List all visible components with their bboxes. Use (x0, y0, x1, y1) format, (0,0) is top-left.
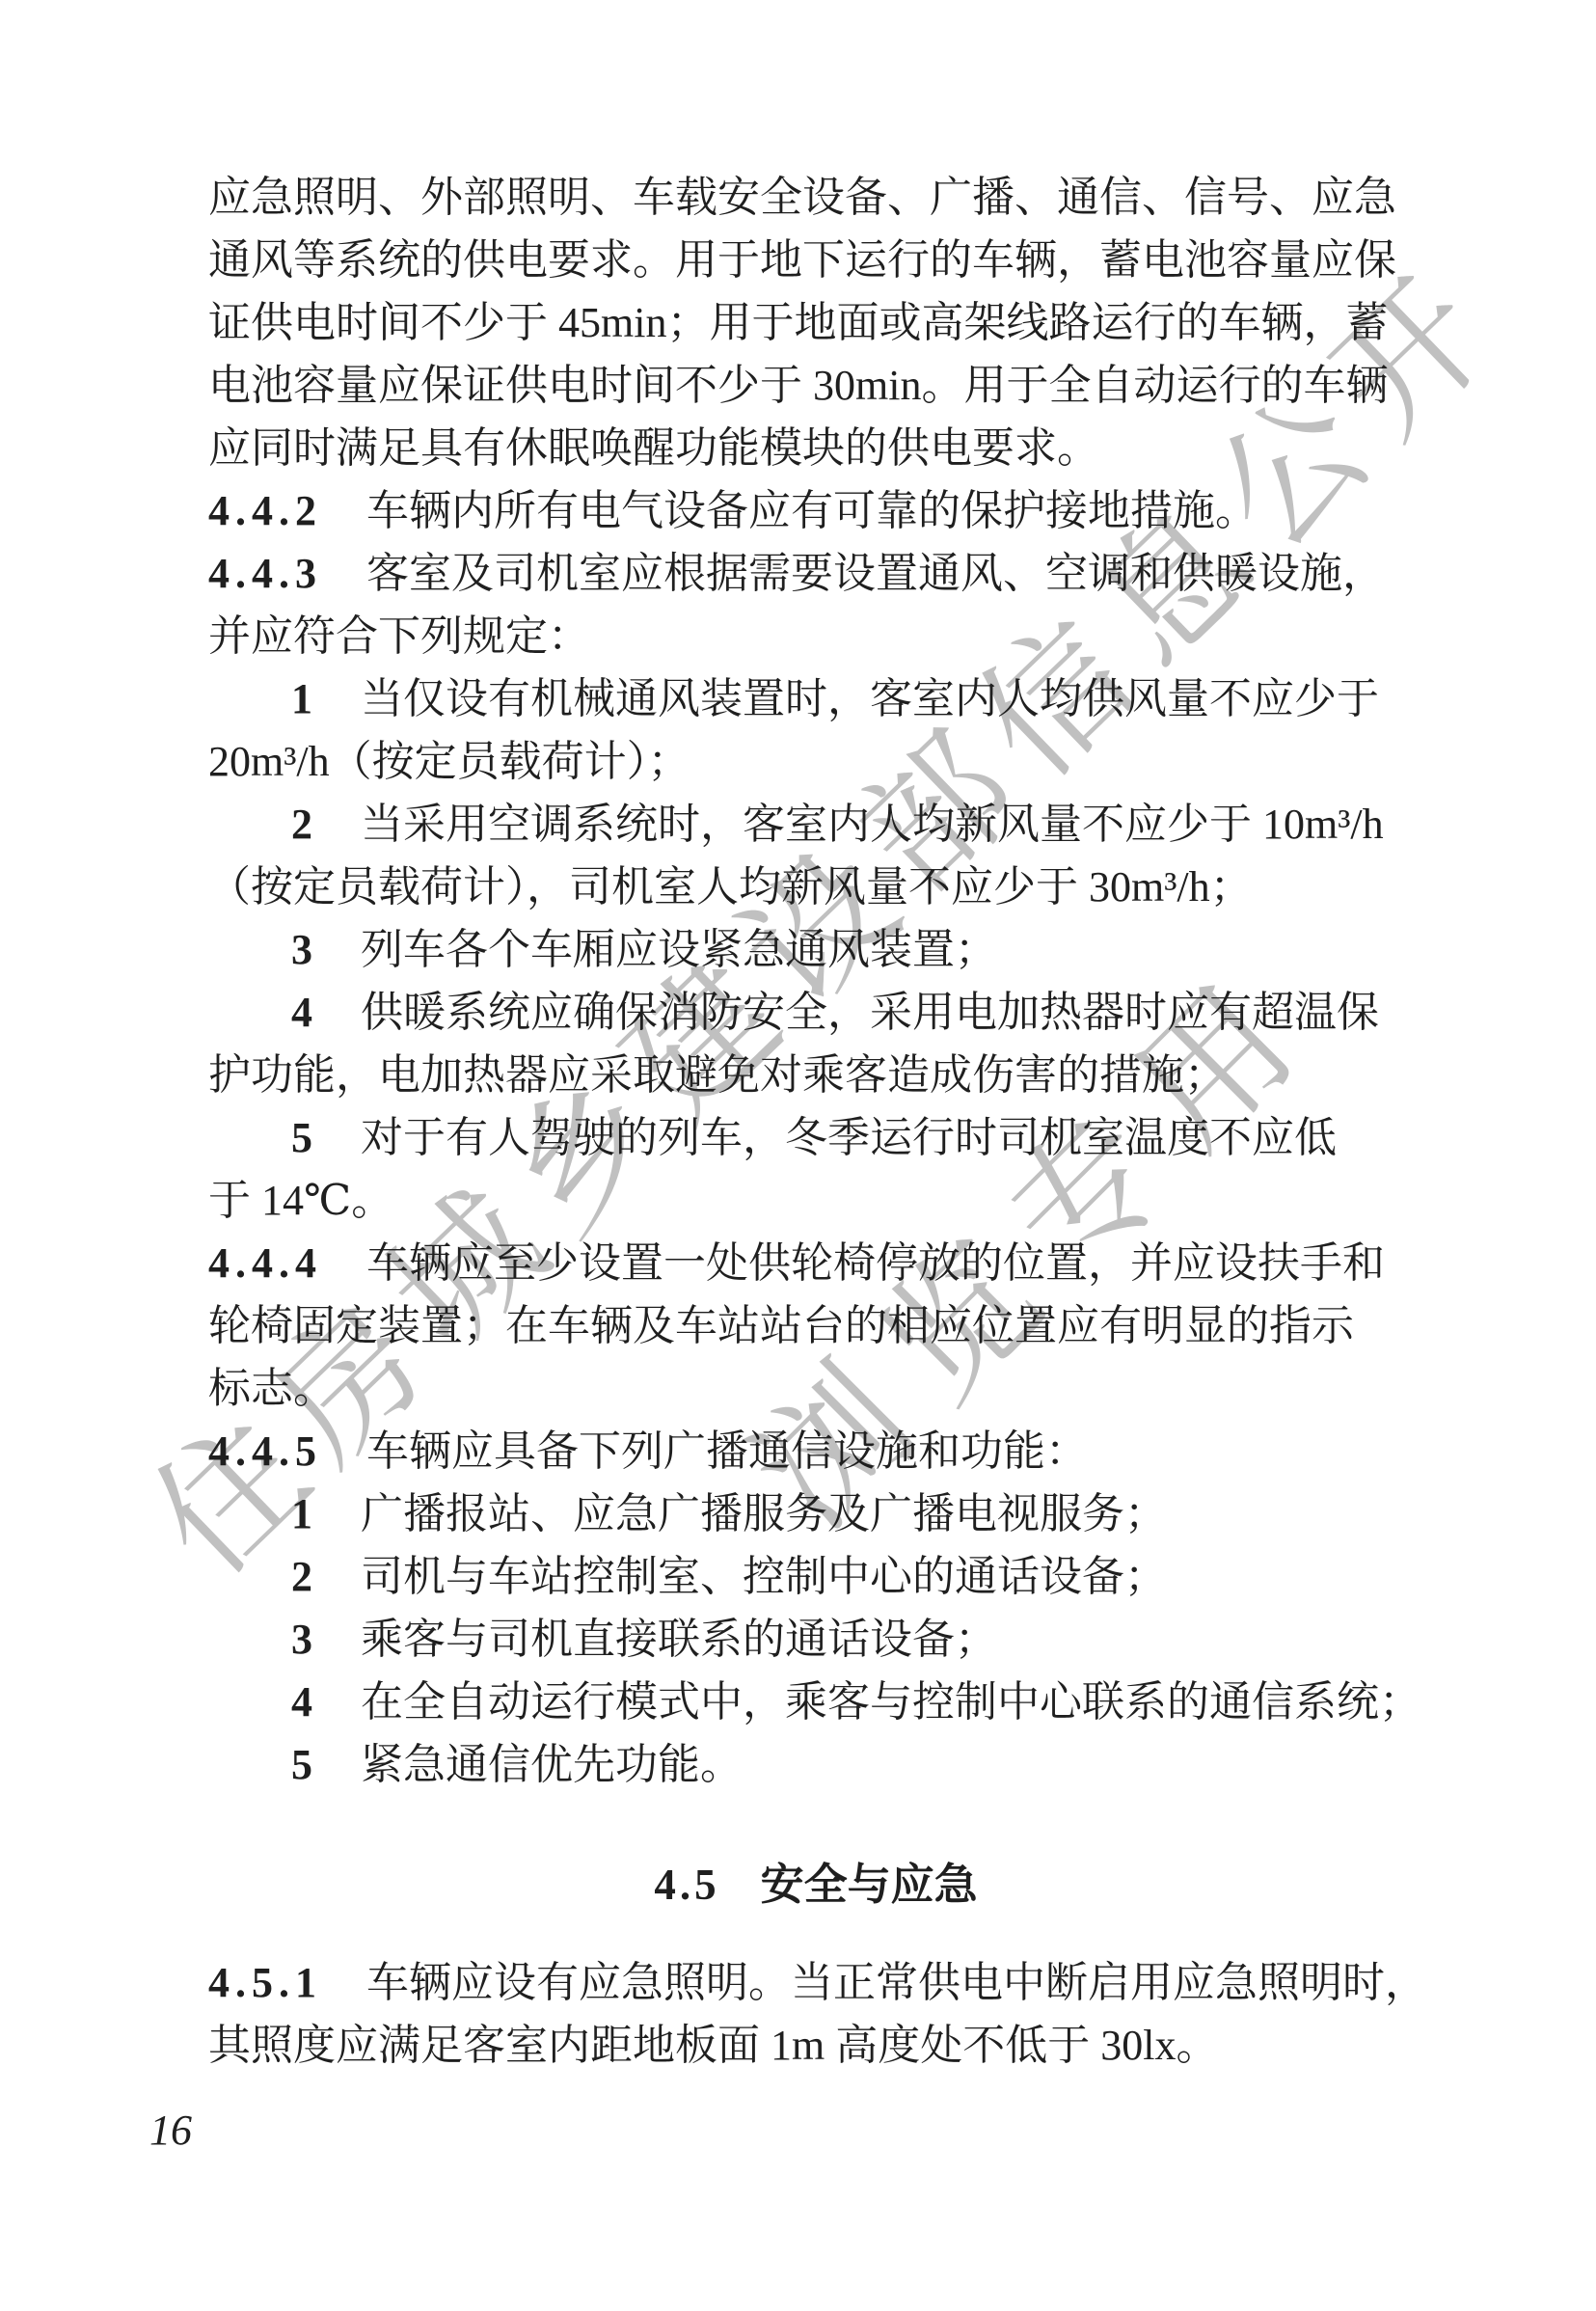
text-line: 1广播报站、应急广播服务及广播电视服务； (208, 1482, 1423, 1545)
clause-line-4.4.5: 4.4.5车辆应具备下列广播通信设施和功能： (208, 1420, 1423, 1482)
text-line: 1当仅设有机械通风装置时，客室内人均供风量不应少于 (208, 667, 1423, 730)
text-line: 3乘客与司机直接联系的通话设备； (208, 1608, 1423, 1671)
text-line: 应急照明、外部照明、车载安全设备、广播、通信、信号、应急 (208, 166, 1423, 229)
line-text: 通风等系统的供电要求。用于地下运行的车辆，蓄电池容量应保 (208, 236, 1396, 284)
clause-line-4.5.1: 4.5.1车辆应设有应急照明。当正常供电中断启用应急照明时， (208, 1951, 1423, 2014)
document-content: 应急照明、外部照明、车载安全设备、广播、通信、信号、应急通风等系统的供电要求。用… (208, 166, 1423, 2077)
line-text: 车辆应设有应急照明。当正常供电中断启用应急照明时， (366, 1959, 1427, 2006)
line-number: 1 (291, 667, 312, 730)
line-number: 5 (291, 1106, 312, 1169)
line-text: 列车各个车厢应设紧急通风装置； (361, 926, 997, 973)
line-text: （按定员载荷计），司机室人均新风量不应少于 30m³/h； (208, 863, 1253, 911)
line-text: 车辆应具备下列广播通信设施和功能： (366, 1427, 1088, 1475)
line-number: 4.4.2 (208, 479, 322, 542)
line-number: 4.4.4 (208, 1232, 322, 1294)
text-line: 护功能，电加热器应采取避免对乘客造成伤害的措施； (208, 1044, 1423, 1106)
line-text: 证供电时间不少于 45min；用于地面或高架线路运行的车辆，蓄 (208, 299, 1388, 346)
line-number: 5 (291, 1733, 312, 1796)
line-text: 车辆应至少设置一处供轮椅停放的位置，并应设扶手和 (366, 1239, 1385, 1287)
text-line: 5紧急通信优先功能。 (208, 1733, 1423, 1796)
line-text: 对于有人驾驶的列车，冬季运行时司机室温度不应低 (361, 1114, 1337, 1161)
text-line: 2当采用空调系统时，客室内人均新风量不应少于 10m³/h (208, 793, 1423, 856)
line-number: 4 (291, 1671, 312, 1733)
line-number: 4.5 (654, 1854, 719, 1917)
text-line: 2司机与车站控制室、控制中心的通话设备； (208, 1545, 1423, 1608)
text-line: 应同时满足具有休眠唤醒功能模块的供电要求。 (208, 417, 1423, 479)
line-text: 电池容量应保证供电时间不少于 30min。用于全自动运行的车辆 (208, 362, 1388, 409)
page-number: 16 (149, 2099, 192, 2161)
line-text: 广播报站、应急广播服务及广播电视服务； (361, 1490, 1167, 1537)
line-number: 4.5.1 (208, 1951, 322, 2014)
line-text: 司机与车站控制室、控制中心的通话设备； (361, 1553, 1167, 1600)
clause-line-4.4.2: 4.4.2车辆内所有电气设备应有可靠的保护接地措施。 (208, 479, 1423, 542)
line-number: 2 (291, 1545, 312, 1608)
text-line: 电池容量应保证供电时间不少于 30min。用于全自动运行的车辆 (208, 354, 1423, 417)
text-line: 于 14℃。 (208, 1169, 1423, 1232)
text-line: 5对于有人驾驶的列车，冬季运行时司机室温度不应低 (208, 1106, 1423, 1169)
line-number: 3 (291, 918, 312, 981)
line-text: 并应符合下列规定： (208, 612, 590, 660)
text-line: 4供暖系统应确保消防安全，采用电加热器时应有超温保 (208, 981, 1423, 1044)
line-text: 车辆内所有电气设备应有可靠的保护接地措施。 (366, 487, 1258, 534)
line-text: 其照度应满足客室内距地板面 1m 高度处不低于 30lx。 (208, 2022, 1218, 2069)
line-text: 标志。 (208, 1365, 336, 1412)
section-heading: 4.5安全与应急 (208, 1854, 1423, 1917)
clause-line-4.4.3: 4.4.3客室及司机室应根据需要设置通风、空调和供暖设施， (208, 542, 1423, 605)
text-line: 4在全自动运行模式中，乘客与控制中心联系的通信系统； (208, 1671, 1423, 1733)
line-text: 应同时满足具有休眠唤醒功能模块的供电要求。 (208, 424, 1099, 472)
document-page: 住房城乡建设部信息公开 浏览专用 应急照明、外部照明、车载安全设备、广播、通信、… (0, 0, 1596, 2311)
line-text: 在全自动运行模式中，乘客与控制中心联系的通信系统； (361, 1678, 1421, 1726)
line-number: 4.4.5 (208, 1420, 322, 1482)
line-number: 2 (291, 793, 312, 856)
text-line: 其照度应满足客室内距地板面 1m 高度处不低于 30lx。 (208, 2014, 1423, 2077)
line-text: 当仅设有机械通风装置时，客室内人均供风量不应少于 (361, 675, 1379, 722)
line-text: 安全与应急 (761, 1861, 978, 1909)
line-text: 当采用空调系统时，客室内人均新风量不应少于 10m³/h (361, 801, 1384, 848)
line-text: 客室及司机室应根据需要设置通风、空调和供暖设施， (366, 550, 1385, 597)
line-number: 4.4.3 (208, 542, 322, 605)
line-text: 紧急通信优先功能。 (361, 1741, 743, 1788)
text-line: 3列车各个车厢应设紧急通风装置； (208, 918, 1423, 981)
text-line: 轮椅固定装置；在车辆及车站站台的相应位置应有明显的指示 (208, 1294, 1423, 1357)
line-text: 供暖系统应确保消防安全，采用电加热器时应有超温保 (361, 989, 1379, 1036)
line-text: 护功能，电加热器应采取避免对乘客造成伤害的措施； (208, 1051, 1227, 1099)
clause-line-4.4.4: 4.4.4车辆应至少设置一处供轮椅停放的位置，并应设扶手和 (208, 1232, 1423, 1294)
line-number: 4 (291, 981, 312, 1044)
text-line: 通风等系统的供电要求。用于地下运行的车辆，蓄电池容量应保 (208, 229, 1423, 291)
text-line: （按定员载荷计），司机室人均新风量不应少于 30m³/h； (208, 856, 1423, 918)
line-text: 应急照明、外部照明、车载安全设备、广播、通信、信号、应急 (208, 174, 1396, 221)
line-number: 1 (291, 1482, 312, 1545)
line-number: 3 (291, 1608, 312, 1671)
line-text: 20m³/h（按定员载荷计）； (208, 738, 690, 785)
line-text: 乘客与司机直接联系的通话设备； (361, 1616, 997, 1663)
line-text: 于 14℃。 (208, 1177, 393, 1224)
text-line: 20m³/h（按定员载荷计）； (208, 730, 1423, 793)
text-line: 证供电时间不少于 45min；用于地面或高架线路运行的车辆，蓄 (208, 291, 1423, 354)
text-line: 并应符合下列规定： (208, 605, 1423, 667)
line-text: 轮椅固定装置；在车辆及车站站台的相应位置应有明显的指示 (208, 1302, 1354, 1349)
text-line: 标志。 (208, 1357, 1423, 1420)
